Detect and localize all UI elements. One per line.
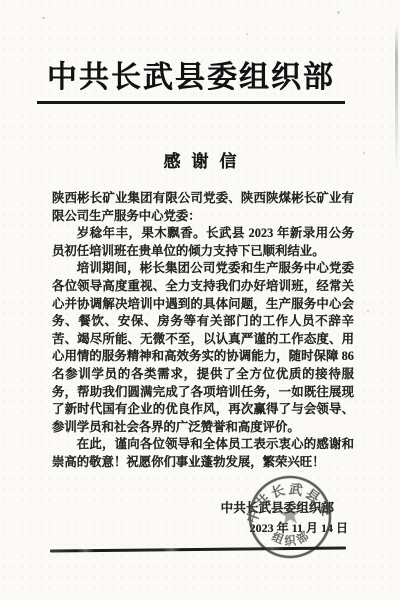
scan-speck xyxy=(246,33,248,35)
letterhead-org-title: 中共长武县委组织部 xyxy=(37,52,345,96)
scan-speck xyxy=(367,310,369,312)
letterhead: 中共长武县委组织部 xyxy=(37,52,345,104)
star-icon xyxy=(279,503,301,524)
scan-speck xyxy=(337,11,340,14)
paragraph-2: 培训期间，彬长集团公司党委和生产服务中心党委各位领导高度重视、全力支持我们办好培… xyxy=(52,260,354,436)
seal-bottom-text: 组织部 xyxy=(269,527,314,549)
letter-body: 陕西彬长矿业集团有限公司党委、陕西陕煤彬长矿业有限公司生产服务中心党委： 岁稔年… xyxy=(52,190,354,472)
scanned-letter-page: 中共长武县委组织部 感谢信 陕西彬长矿业集团有限公司党委、陕西陕煤彬长矿业有限公… xyxy=(0,0,400,600)
scan-speck xyxy=(42,17,45,19)
salutation: 陕西彬长矿业集团有限公司党委、陕西陕煤彬长矿业有限公司生产服务中心党委： xyxy=(52,190,354,225)
paragraph-3: 在此，谨向各位领导和全体员工表示衷心的感谢和崇高的敬意！祝愿你们事业蓬勃发展，繁… xyxy=(52,436,354,471)
svg-text:组织部: 组织部 xyxy=(269,527,314,549)
official-seal-stamp: 中共长武县委 组织部 xyxy=(239,466,341,568)
letter-title: 感谢信 xyxy=(0,147,400,172)
paragraph-1: 岁稔年丰，果木飘香。长武县 2023 年新录用公务员初任培训班在贵单位的倾力支持… xyxy=(52,225,354,260)
